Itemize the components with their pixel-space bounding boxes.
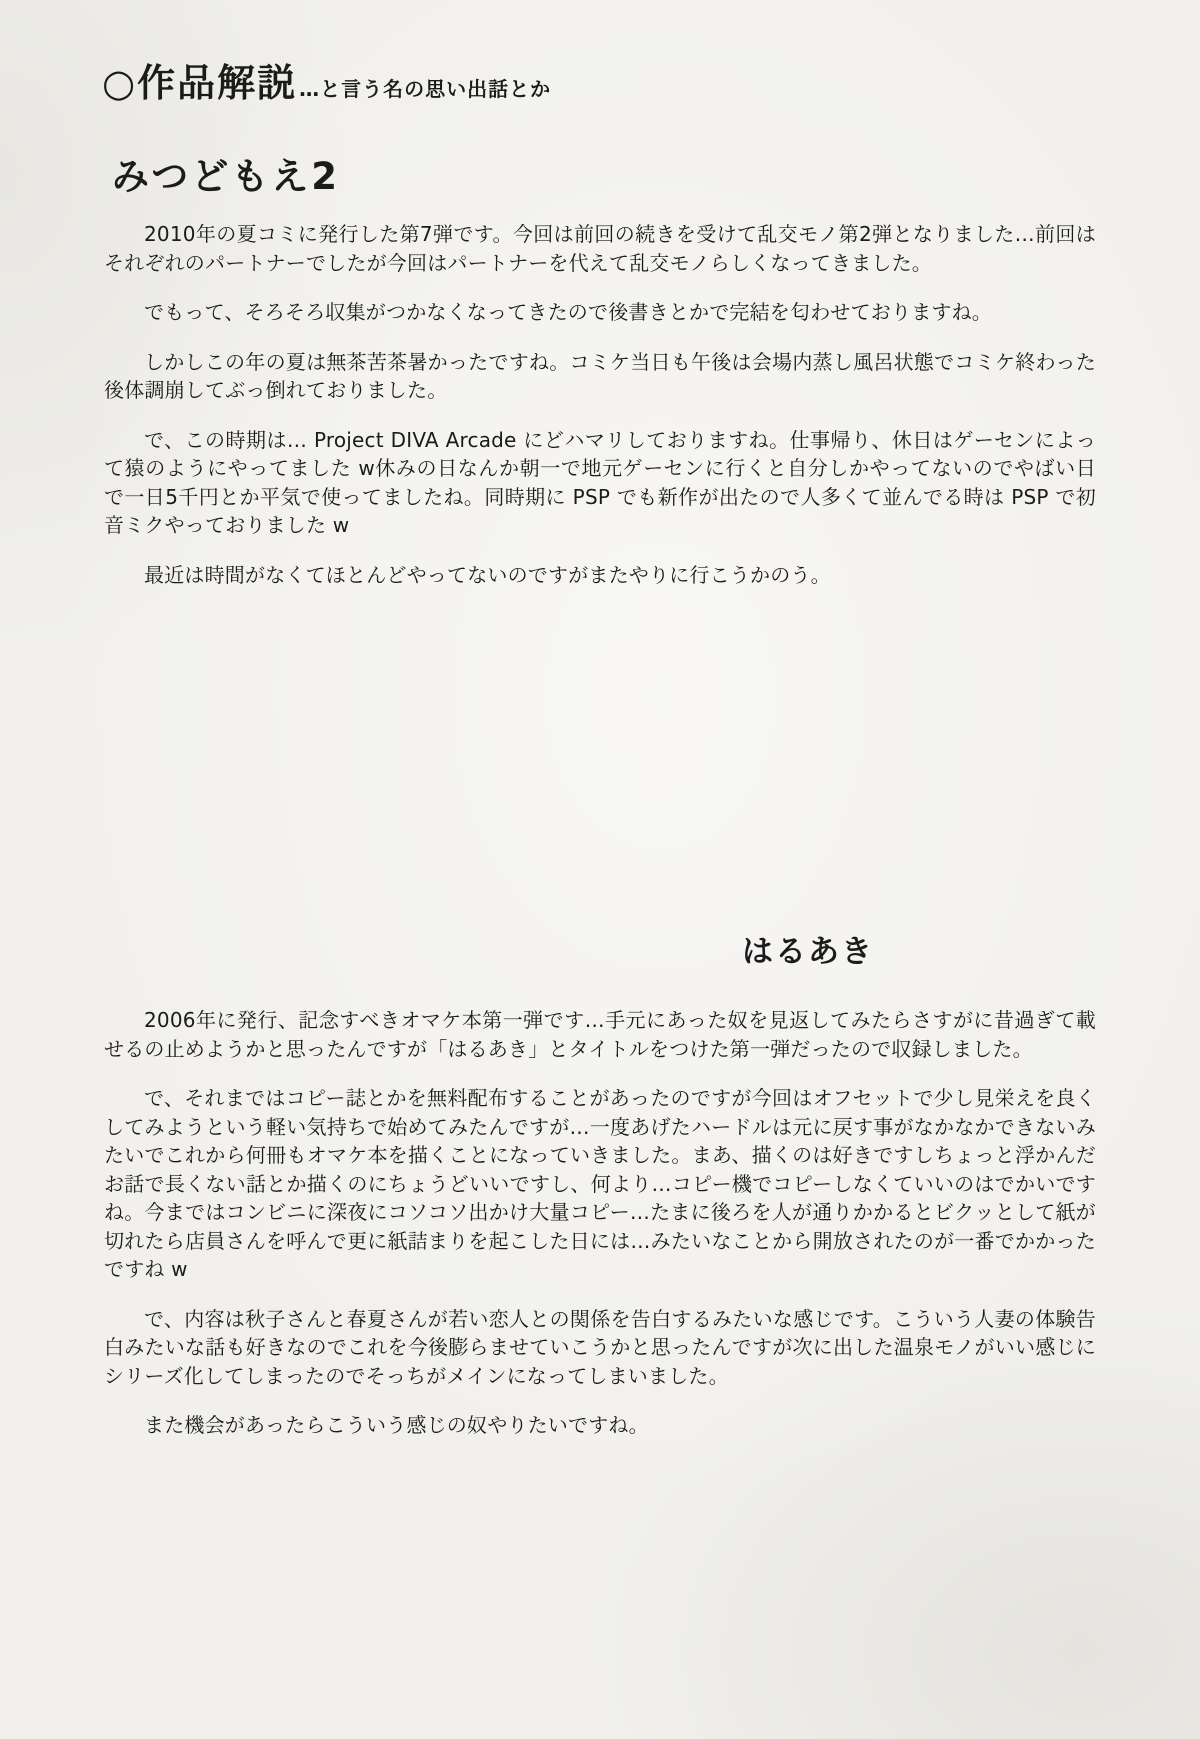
header-subtitle: …と言う名の思い出話とか xyxy=(299,77,551,101)
paragraph: で、この時期は… Project DIVA Arcade にどハマリしております… xyxy=(104,426,1096,540)
paragraph: しかしこの年の夏は無茶苦茶暑かったですね。コミケ当日も午後は会場内蒸し風呂状態で… xyxy=(104,348,1096,405)
paragraph: 最近は時間がなくてほとんどやってないのですがまたやりに行こうかのう。 xyxy=(104,561,1096,590)
paragraph: 2010年の夏コミに発行した第7弾です。今回は前回の続きを受けて乱交モノ第2弾と… xyxy=(104,220,1096,277)
paragraph: 2006年に発行、記念すべきオマケ本第一弾です…手元にあった奴を見返してみたらさ… xyxy=(104,1006,1096,1063)
paragraph: でもって、そろそろ収集がつかなくなってきたので後書きとかで完結を匂わせております… xyxy=(104,298,1096,327)
section-haruaki-body: 2006年に発行、記念すべきオマケ本第一弾です…手元にあった奴を見返してみたらさ… xyxy=(104,1006,1096,1461)
section-title-mitsudomoe2: みつどもえ2 xyxy=(112,146,340,200)
paragraph: また機会があったらこういう感じの奴やりたいですね。 xyxy=(104,1411,1096,1440)
section-title-haruaki: はるあき xyxy=(742,926,874,971)
scanned-afterword-page: { "header": { "title": "○作品解説", "subtitl… xyxy=(0,0,1200,1739)
paragraph: で、それまではコピー誌とかを無料配布することがあったのですが今回はオフセットで少… xyxy=(104,1084,1096,1284)
page: ○作品解説…と言う名の思い出話とか みつどもえ2 2010年の夏コミに発行した第… xyxy=(0,0,1200,1739)
page-header: ○作品解説…と言う名の思い出話とか xyxy=(102,52,551,107)
header-title: ○作品解説 xyxy=(102,61,297,105)
section-mitsudomoe2-body: 2010年の夏コミに発行した第7弾です。今回は前回の続きを受けて乱交モノ第2弾と… xyxy=(104,220,1096,610)
paragraph: で、内容は秋子さんと春夏さんが若い恋人との関係を告白するみたいな感じです。こうい… xyxy=(104,1305,1096,1391)
